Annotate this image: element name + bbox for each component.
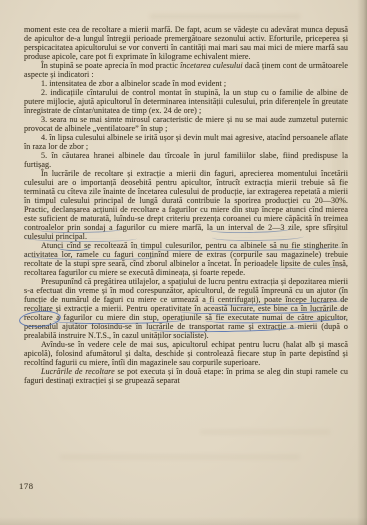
bleedthrough-smudge xyxy=(150,14,300,19)
paragraph-recoltare-extractie: În lucrările de recoltare și extracție a… xyxy=(24,169,348,241)
paragraph-text: În stupină se poate aprecia în mod pract… xyxy=(41,61,180,70)
list-item-text: 4. în lipsa culesului albinele se irită … xyxy=(24,133,348,151)
bleedthrough-smudge xyxy=(200,430,330,434)
paragraph-text: moment este cea de recoltare a mierii ma… xyxy=(24,25,348,61)
list-item-text: 3. seara nu se mai simte mirosul caracte… xyxy=(24,115,348,133)
italic-phrase: încetarea culesului xyxy=(180,61,243,70)
book-page-scan: moment este cea de recoltare a mierii ma… xyxy=(0,0,367,525)
paragraph-apreciere-cules: În stupină se poate aprecia în mod pract… xyxy=(24,61,348,79)
paragraph-recoltare-in-timpul-culesului: Atunci cînd se recoltează în timpul cule… xyxy=(24,241,348,277)
page-text: moment este cea de recoltare a mierii ma… xyxy=(24,25,348,385)
list-item-text: 5. în căutarea hranei albinele dau tîrco… xyxy=(24,151,348,169)
paragraph-text: Presupunînd că pregătirea utilajelor, a … xyxy=(24,277,348,340)
list-item-text: 2. indicațiile cîntarului de control mon… xyxy=(24,88,348,115)
list-item-5: 5. în căutarea hranei albinele dau tîrco… xyxy=(24,151,348,169)
bleedthrough-smudge xyxy=(60,455,300,459)
list-item-1: 1. intensitatea de zbor a albinelor scad… xyxy=(24,79,348,88)
italic-phrase: Lucrările de recoltare xyxy=(41,367,115,376)
list-item-3: 3. seara nu se mai simte mirosul caracte… xyxy=(24,115,348,133)
paragraph-pregatirea-utilajelor: Presupunînd că pregătirea utilajelor, a … xyxy=(24,277,348,340)
list-item-4: 4. în lipsa culesului albinele se irită … xyxy=(24,133,348,151)
paragraph-text: Avîndu-se în vedere cele de mai sus, api… xyxy=(24,340,348,367)
page-number: 178 xyxy=(19,481,34,491)
paragraph-echipament-apicultor: Avîndu-se în vedere cele de mai sus, api… xyxy=(24,340,348,367)
paragraph-lucrari-doua-etape: Lucrările de recoltare se pot executa și… xyxy=(24,367,348,385)
list-item-text: 1. intensitatea de zbor a albinelor scad… xyxy=(41,79,226,88)
paragraph-text: În lucrările de recoltare și extracție a… xyxy=(24,169,348,241)
paragraph-text: Atunci cînd se recoltează în timpul cule… xyxy=(24,241,348,277)
paragraph-continuation: moment este cea de recoltare a mierii ma… xyxy=(24,25,348,61)
list-item-2: 2. indicațiile cîntarului de control mon… xyxy=(24,88,348,115)
